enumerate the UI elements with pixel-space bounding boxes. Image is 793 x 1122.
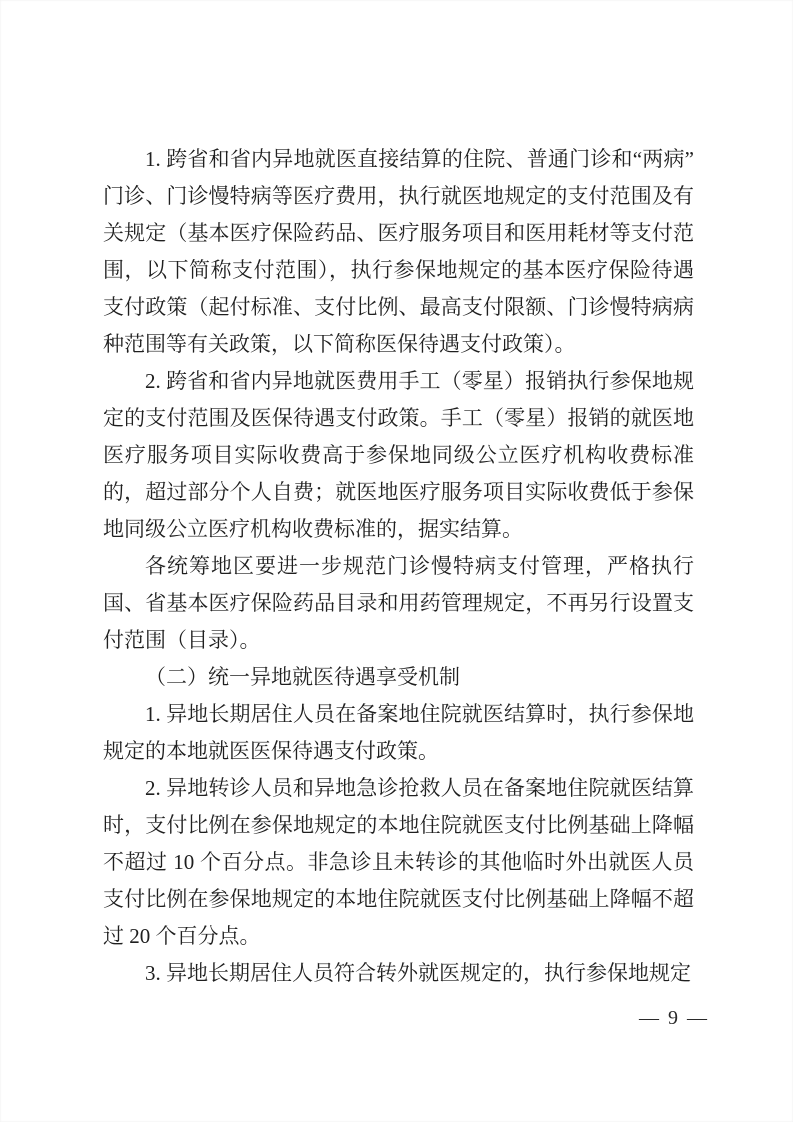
document-content: 1. 跨省和省内异地就医直接结算的住院、普通门诊和“两病”门诊、门诊慢特病等医疗… xyxy=(103,141,694,992)
paragraph-manual-reimbursement: 2. 跨省和省内异地就医费用手工（零星）报销执行参保地规定的支付范围及医保待遇支… xyxy=(103,363,694,548)
document-page: 1. 跨省和省内异地就医直接结算的住院、普通门诊和“两病”门诊、门诊慢特病等医疗… xyxy=(0,0,793,1122)
paragraph-referral-emergency-ratio: 2. 异地转诊人员和异地急诊抢救人员在备案地住院就医结算时，支付比例在参保地规定… xyxy=(103,770,694,955)
section-heading: （二）统一异地就医待遇享受机制 xyxy=(103,659,694,696)
paragraph-long-term-resident-settlement: 1. 异地长期居住人员在备案地住院就医结算时，执行参保地规定的本地就医医保待遇支… xyxy=(103,696,694,770)
paragraph-direct-settlement-scope: 1. 跨省和省内异地就医直接结算的住院、普通门诊和“两病”门诊、门诊慢特病等医疗… xyxy=(103,141,694,363)
page-number: — 9 — xyxy=(639,1006,709,1030)
paragraph-outpatient-chronic-disease-management: 各统筹地区要进一步规范门诊慢特病支付管理，严格执行国、省基本医疗保险药品目录和用… xyxy=(103,548,694,659)
paragraph-long-term-resident-transfer: 3. 异地长期居住人员符合转外就医规定的，执行参保地规定 xyxy=(103,955,694,992)
